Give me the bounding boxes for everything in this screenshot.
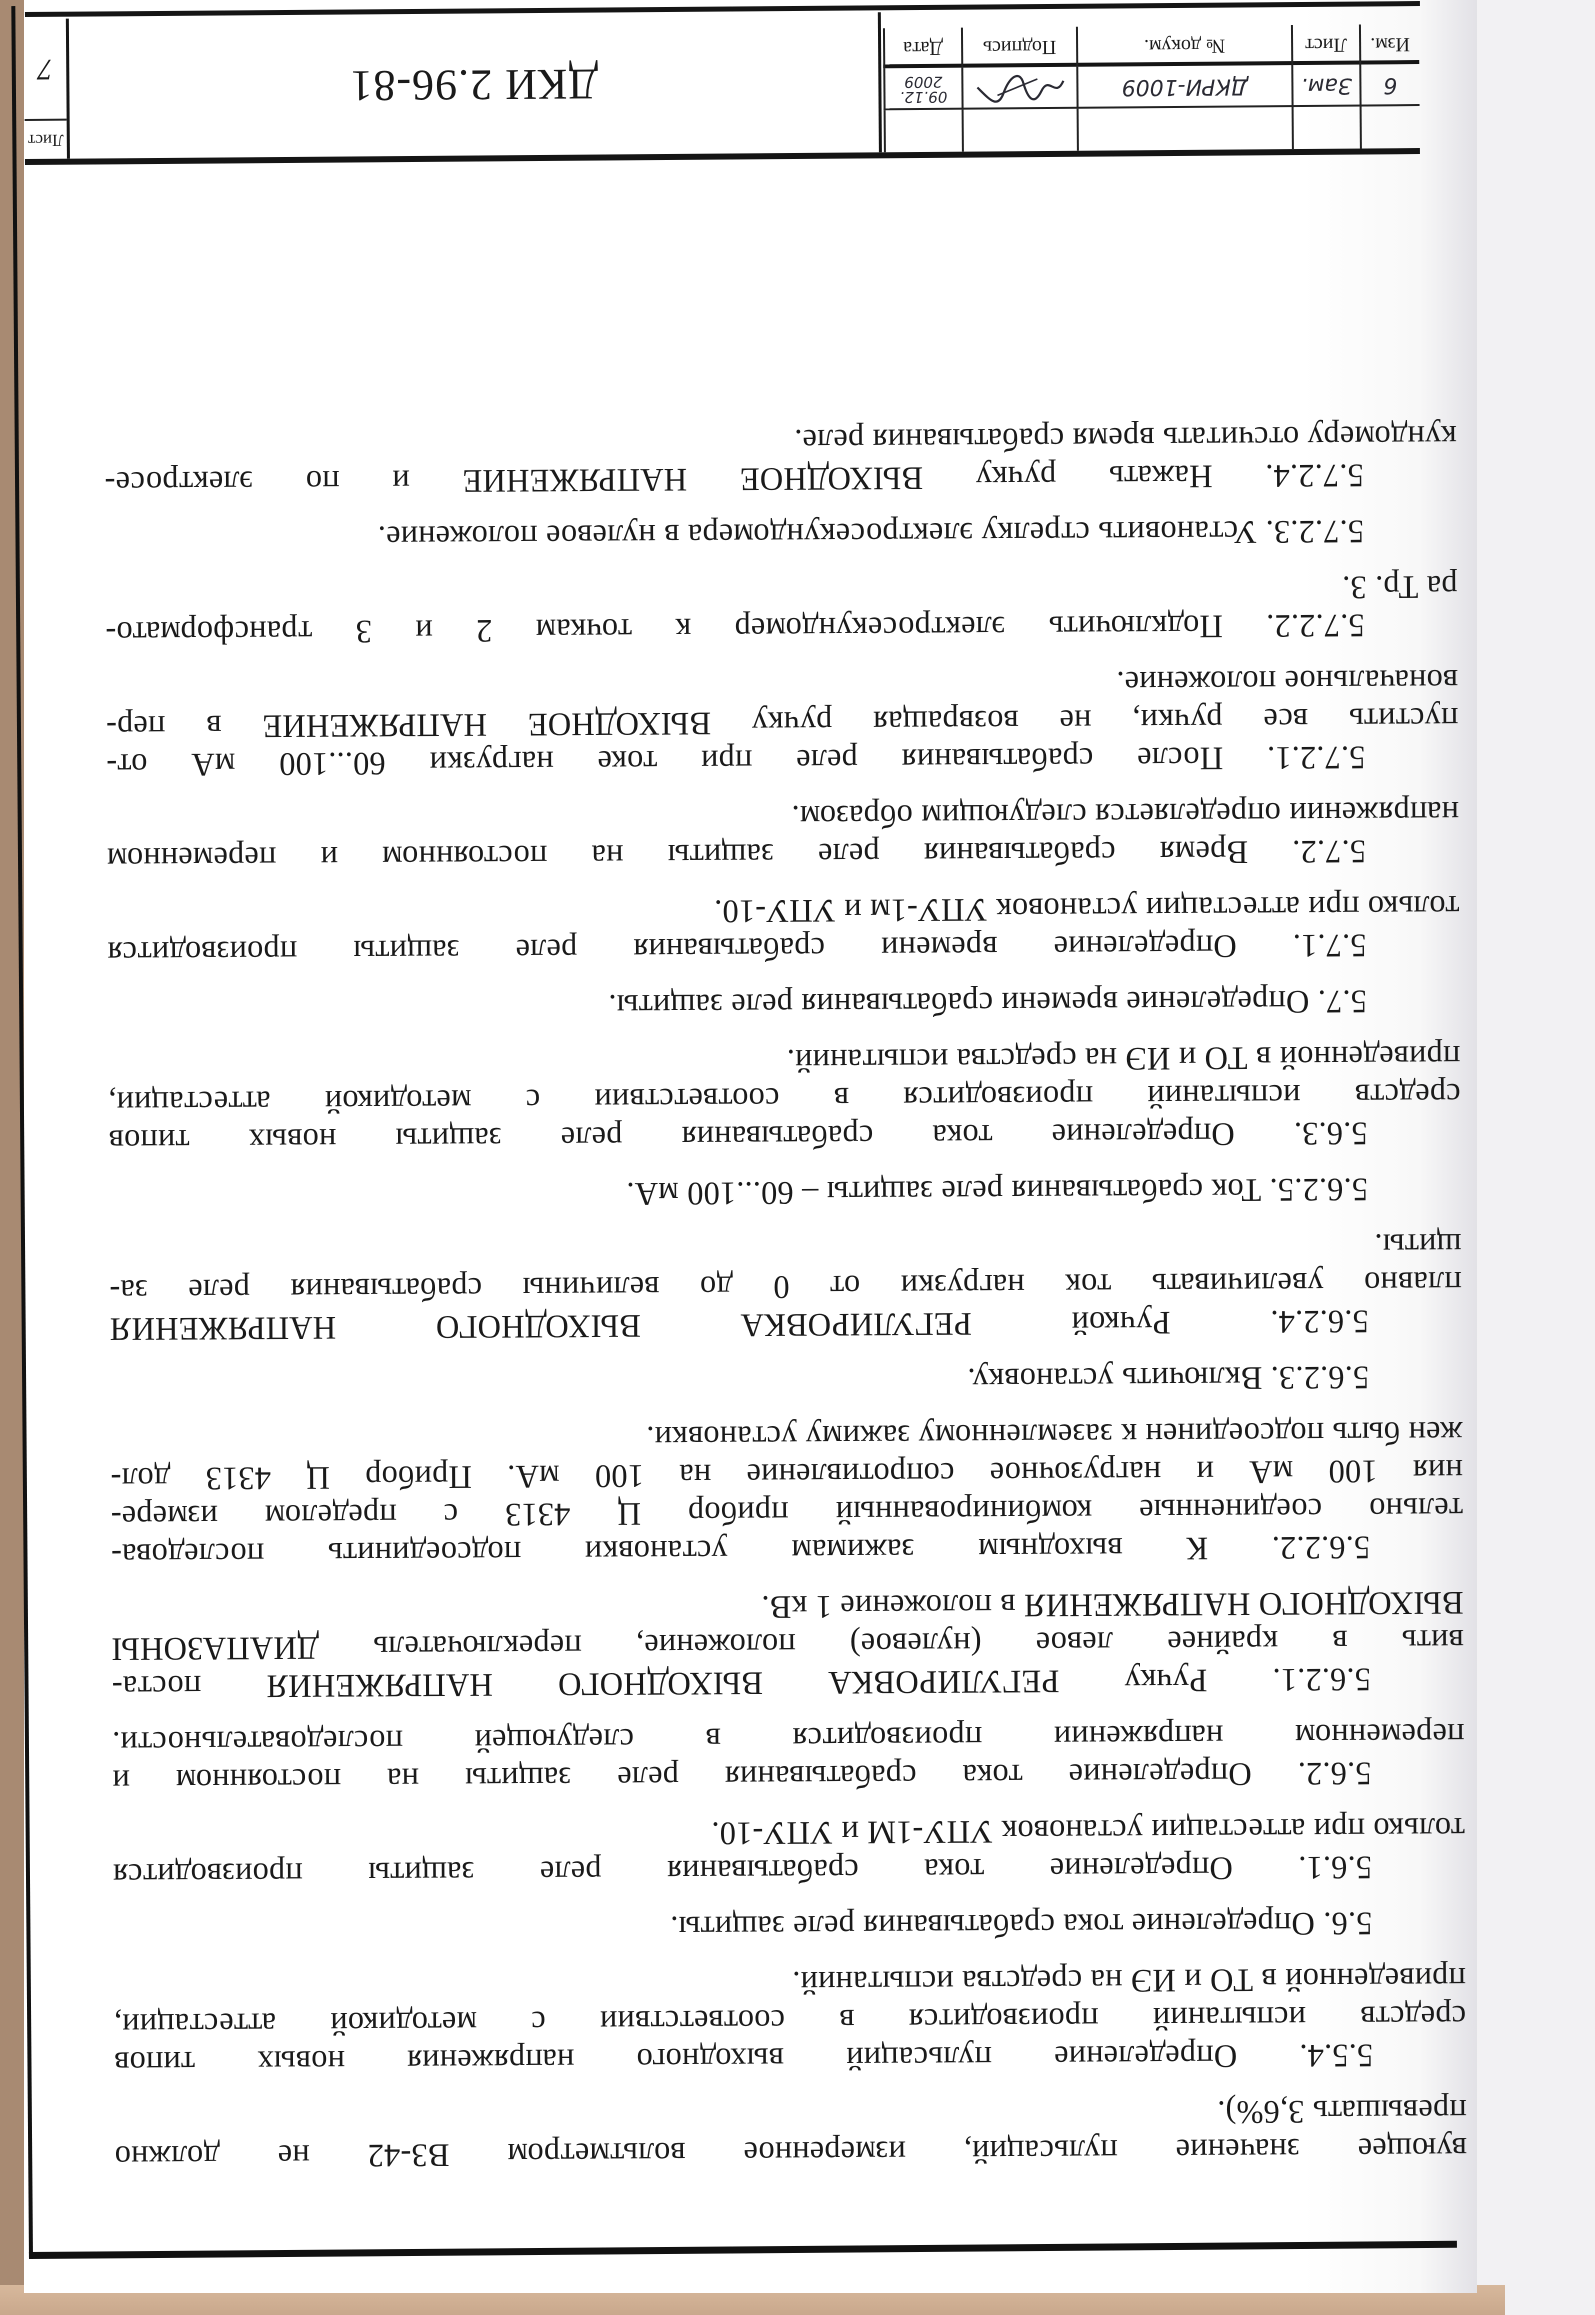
title-block-empty-row (884, 104, 1420, 152)
header-izm: Изм. (1359, 24, 1419, 64)
header-date: Дата (883, 28, 961, 69)
header-doc-number: № докум. (1076, 25, 1291, 67)
change-sheet: Зам. (1291, 65, 1359, 108)
header-signature: Подпись (961, 27, 1076, 68)
scanned-page: вующее значение пульсаций, измеренное во… (0, 0, 1595, 2315)
title-block: 6 Зам. ДКРИ-1009 09.12. 2009 Изм. Лист №… (24, 6, 1420, 165)
sheet-number: 7 (24, 19, 67, 119)
sheet-label: Лист (25, 119, 67, 159)
title-block-header-row: Изм. Лист № докум. Подпись Дата (883, 24, 1419, 68)
document-code: ДКИ 2.96-81 (69, 12, 882, 158)
signature-scribble-icon (972, 73, 1067, 104)
change-date: 09.12. 2009 (883, 68, 961, 111)
document-body: вующее значение пульсаций, измеренное во… (104, 417, 1467, 2175)
change-doc-number: ДКРИ-1009 (1076, 65, 1291, 109)
change-number: 6 (1359, 64, 1419, 106)
header-list: Лист (1291, 25, 1359, 66)
sheet-box: Лист 7 (24, 19, 70, 159)
signature (961, 67, 1076, 110)
